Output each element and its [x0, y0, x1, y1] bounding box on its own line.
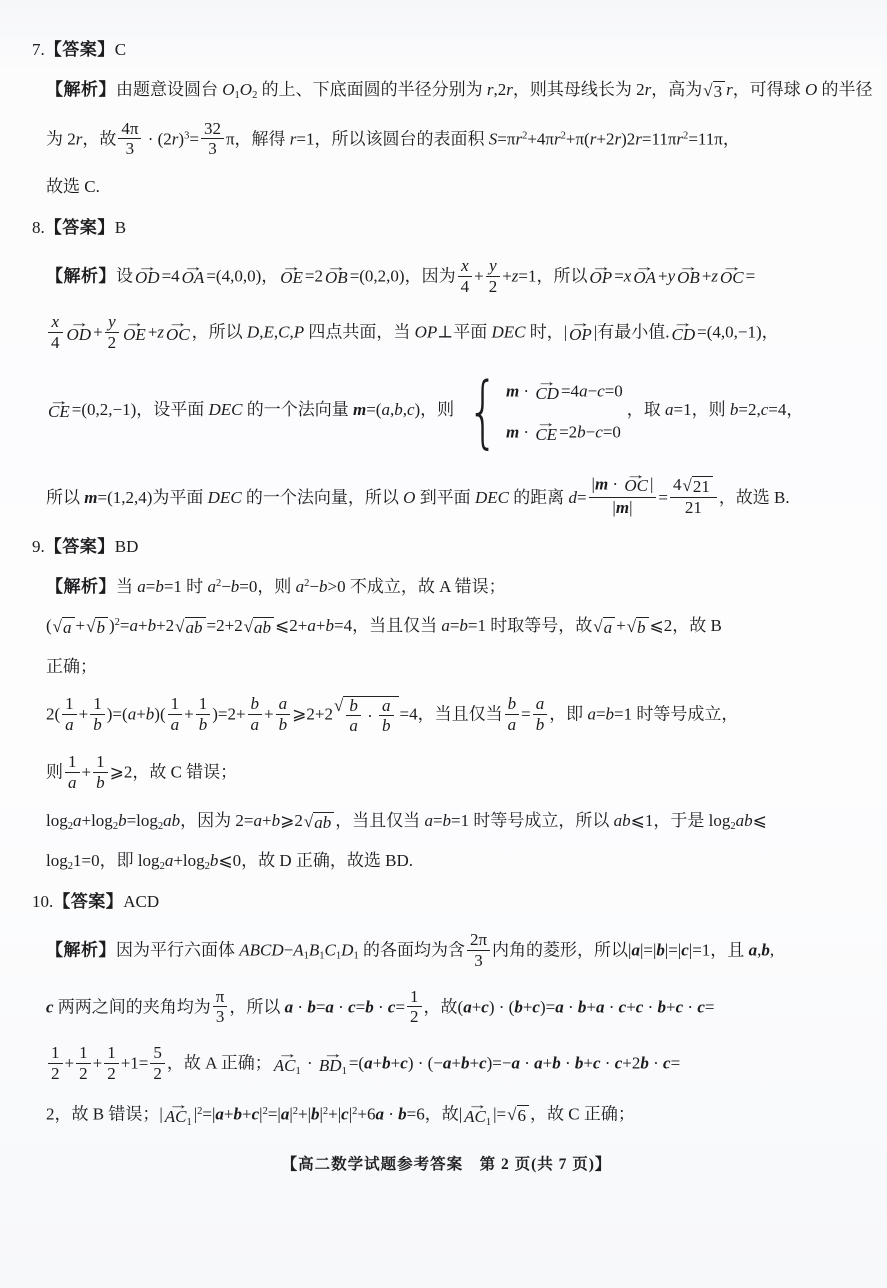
- math-var: P: [294, 323, 304, 342]
- solution-line: 2，故 B 错误；|→AC1|2=|a+b+c|2=|a|2+|b|2+|c|2…: [32, 1101, 861, 1126]
- math-bold-var: m: [616, 498, 629, 517]
- math-bold-var: b: [656, 940, 665, 959]
- fraction-numerator: 4π: [118, 120, 141, 139]
- fraction-numerator: 1: [48, 1044, 63, 1063]
- math-var: b: [443, 811, 452, 830]
- math-var: b: [536, 715, 545, 734]
- math-bold-var: b: [461, 1054, 470, 1073]
- radicand: b: [95, 617, 108, 638]
- solution-line: c 两两之间的夹角均为π3，所以 a · b=a · c=b · c=12，故(…: [32, 988, 861, 1027]
- vector-arrow: →AC1: [165, 1101, 192, 1126]
- fraction-numerator: 4√21: [670, 476, 717, 498]
- math-var: a: [296, 577, 305, 596]
- sqrt-radical: √ab: [244, 617, 274, 638]
- math-var: E: [263, 323, 273, 342]
- math-var: r: [635, 129, 642, 148]
- radical-sign: √: [507, 1105, 516, 1125]
- math-bold-var: c: [593, 1054, 601, 1073]
- math-var: a: [171, 715, 180, 734]
- math-var: ab: [186, 618, 203, 637]
- math-bold-var: b: [578, 997, 587, 1016]
- radicand: ab: [185, 617, 206, 638]
- math-var: x: [51, 312, 59, 331]
- math-var: b: [199, 715, 208, 734]
- radical-sign: √: [175, 617, 184, 637]
- vector-arrow: →OC: [166, 319, 190, 344]
- sqrt-radical: √a: [53, 617, 75, 638]
- math-var: a: [536, 694, 545, 713]
- math-bold-var: c: [532, 997, 540, 1016]
- math-var: a: [137, 577, 146, 596]
- math-var: b: [210, 851, 219, 870]
- vector-arrow-glyph: →: [627, 263, 662, 270]
- fraction-numerator: x: [458, 257, 473, 276]
- fraction-numerator: 1: [407, 988, 422, 1007]
- fraction-denominator: 2: [407, 1006, 422, 1026]
- math-bold-var: a: [631, 940, 640, 959]
- radical-sign: √: [593, 617, 602, 637]
- fraction: ba: [248, 695, 263, 734]
- math-var: a: [381, 400, 390, 419]
- math-var: d: [568, 488, 577, 507]
- math-var: y: [489, 256, 497, 275]
- section-label: 【解析】: [46, 577, 116, 596]
- math-var: DEC: [208, 400, 242, 419]
- left-brace: {: [468, 381, 499, 442]
- fraction: 323: [201, 120, 224, 159]
- document-page: 7.【答案】C【解析】由题意设圆台 O1O2 的上、下底面圆的半径分别为 r,2…: [0, 0, 887, 1288]
- fraction: 1a: [65, 753, 80, 792]
- math-bold-var: a: [215, 1105, 224, 1124]
- math-bold-var: c: [252, 1105, 260, 1124]
- vector-arrow: →OC: [624, 471, 648, 496]
- fraction: ab: [533, 695, 548, 734]
- fraction-numerator: |m · →OC|: [589, 471, 657, 497]
- math-var: A: [293, 940, 303, 959]
- math-var: a: [441, 616, 450, 635]
- fraction-numerator: 1: [93, 753, 108, 772]
- fraction-denominator: b: [196, 714, 211, 734]
- fraction: 1a: [168, 695, 183, 734]
- fraction-denominator: b: [90, 714, 105, 734]
- math-var: S: [489, 129, 498, 148]
- fraction-numerator: y: [486, 257, 501, 276]
- vector-arrow: →OP: [590, 263, 613, 288]
- fraction-numerator: b: [248, 695, 263, 714]
- superscript: 2: [263, 1106, 268, 1117]
- superscript: 3: [184, 130, 189, 141]
- math-var: ab: [614, 811, 631, 830]
- vector-arrow: →CD: [535, 378, 559, 403]
- fraction-numerator: 5: [150, 1044, 165, 1063]
- math-bold-var: a: [443, 1054, 452, 1073]
- math-bold-var: b: [658, 997, 667, 1016]
- answer-value: BD: [115, 537, 139, 556]
- math-var: a: [307, 616, 316, 635]
- math-var: OP: [415, 323, 438, 342]
- answer-label: 【答案】: [45, 40, 115, 59]
- problem-7: 7.【答案】C【解析】由题意设圆台 O1O2 的上、下底面圆的半径分别为 r,2…: [32, 39, 861, 198]
- fraction-denominator: b: [379, 715, 394, 735]
- math-var: r: [614, 129, 621, 148]
- answer-solutions: 7.【答案】C【解析】由题意设圆台 O1O2 的上、下底面圆的半径分别为 r,2…: [32, 39, 861, 1126]
- math-var: z: [512, 266, 519, 285]
- math-bold-var: a: [511, 1054, 520, 1073]
- fraction-denominator: 2: [48, 1063, 63, 1083]
- solution-line: x4→OD+y2→OE+z→OC，所以 D,E,C,P 四点共面，当 OP⊥平面…: [32, 313, 861, 352]
- math-bold-var: c: [663, 1054, 671, 1073]
- solution-line: 为 2r，故4π3 · (2r)3=323π，解得 r=1，所以该圆台的表面积 …: [32, 120, 861, 159]
- vector-arrow: →AC1: [274, 1050, 301, 1075]
- vector-arrow-glyph: →: [563, 319, 598, 326]
- superscript: 2: [561, 130, 566, 141]
- math-var: b: [148, 616, 157, 635]
- math-bold-var: a: [375, 1105, 384, 1124]
- superscript: 2: [304, 578, 309, 589]
- superscript: 2: [323, 1106, 328, 1117]
- problem-8: 8.【答案】B【解析】设→OD=4→OA=(4,0,0)，→OE=2→OB=(0…: [32, 217, 861, 517]
- vector-arrow: →BD1: [319, 1050, 347, 1075]
- solution-line: 故选 C.: [32, 176, 861, 197]
- math-var: O: [222, 80, 234, 99]
- vector-arrow: →CE: [48, 397, 70, 422]
- math-var: C: [278, 323, 289, 342]
- math-var: r: [645, 80, 652, 99]
- math-bold-var: c: [681, 940, 689, 959]
- superscript: 2: [216, 578, 221, 589]
- fraction: ab: [379, 697, 394, 736]
- math-var: x: [461, 256, 469, 275]
- math-var: ABCD: [239, 940, 283, 959]
- fraction: |m · →OC||m|: [589, 471, 657, 517]
- fraction-numerator: a: [276, 695, 291, 714]
- vector-arrow: →OD: [67, 319, 92, 344]
- section-label: 【解析】: [46, 940, 116, 959]
- math-bold-var: a: [325, 997, 334, 1016]
- fraction-denominator: 2: [105, 332, 120, 352]
- math-bold-var: b: [311, 1105, 320, 1124]
- fraction: 12: [407, 988, 422, 1027]
- radicand: 6: [517, 1105, 530, 1126]
- math-var: b: [577, 423, 586, 442]
- math-bold-var: m: [353, 400, 366, 419]
- answer-label: 【答案】: [45, 218, 115, 237]
- answer-value: ACD: [123, 892, 159, 911]
- problem-number: 9.: [32, 537, 45, 556]
- vector-arrow-glyph: →: [160, 319, 197, 326]
- math-var: c: [597, 382, 605, 401]
- subscript: 1: [186, 1117, 191, 1128]
- math-var: ab: [314, 813, 331, 832]
- fraction-denominator: 3: [467, 950, 490, 970]
- vector-arrow-glyph: →: [117, 319, 152, 326]
- math-bold-var: b: [398, 1105, 407, 1124]
- superscript: 2: [115, 618, 120, 629]
- fraction-denominator: a: [248, 714, 263, 734]
- fraction: 12: [104, 1044, 119, 1083]
- fraction: 1b: [196, 695, 211, 734]
- fraction-numerator: a: [379, 697, 394, 716]
- problem-9: 9.【答案】BD【解析】当 a=b=1 时 a2−b=0，则 a2−b>0 不成…: [32, 536, 861, 872]
- math-bold-var: a: [534, 1054, 543, 1073]
- math-var: a: [65, 715, 74, 734]
- fraction-numerator: 1: [104, 1044, 119, 1063]
- solution-line: 正确；: [32, 656, 861, 677]
- math-bold-var: b: [514, 997, 523, 1016]
- math-var: b: [272, 811, 281, 830]
- sqrt-radical: √21: [682, 476, 712, 497]
- radical-sign: √: [86, 617, 95, 637]
- section-label: 【解析】: [46, 80, 116, 99]
- fraction-denominator: |m|: [589, 497, 657, 517]
- math-var: r: [487, 80, 494, 99]
- fraction-denominator: 4: [48, 332, 63, 352]
- fraction-denominator: a: [505, 714, 520, 734]
- math-var: r: [554, 129, 561, 148]
- fraction: 1a: [62, 695, 77, 734]
- answer-heading: 8.【答案】B: [32, 217, 861, 238]
- fraction-denominator: 21: [670, 497, 717, 517]
- vector-arrow-glyph: →: [529, 378, 566, 385]
- fraction-numerator: π: [213, 988, 228, 1007]
- solution-line: (√a+√b)2=a+b+2√ab=2+2√ab⩽2+a+b=4，当且仅当 a=…: [32, 615, 861, 637]
- vector-arrow: →OE: [280, 263, 303, 288]
- subscript: 1: [342, 1066, 347, 1077]
- math-var: c: [407, 400, 415, 419]
- math-var: a: [68, 773, 77, 792]
- equation-system: {m · →CD=4a−c=0m · →CE=2b−c=0: [458, 370, 623, 453]
- solution-line: 12+12+12+1=52，故 A 正确；→AC1 · →BD1=(a+b+c)…: [32, 1044, 861, 1083]
- radicand: b: [636, 617, 649, 638]
- math-var: r: [76, 129, 83, 148]
- math-var: D: [247, 323, 259, 342]
- radicand: 3: [713, 81, 726, 102]
- solution-line: 所以 m=(1,2,4)为平面 DEC 的一个法向量，所以 O 到平面 DEC …: [32, 471, 861, 517]
- fraction: ba: [346, 697, 361, 736]
- fraction-denominator: a: [168, 714, 183, 734]
- vector-arrow-glyph: →: [311, 1050, 354, 1057]
- fraction: π3: [213, 988, 228, 1027]
- vector-arrow-glyph: →: [266, 1050, 308, 1057]
- math-var: D: [341, 940, 353, 959]
- math-var: b: [349, 696, 358, 715]
- math-bold-var: c: [481, 997, 489, 1016]
- radical-sign: √: [304, 812, 313, 832]
- radicand: a: [62, 617, 75, 638]
- vector-arrow-glyph: →: [274, 263, 309, 270]
- math-bold-var: c: [341, 1105, 349, 1124]
- vector-arrow-glyph: →: [157, 1101, 199, 1108]
- fraction: y2: [486, 257, 501, 296]
- math-var: O: [403, 488, 415, 507]
- math-bold-var: a: [285, 997, 294, 1016]
- math-var: a: [73, 811, 82, 830]
- superscript: 2: [683, 130, 688, 141]
- math-var: DEC: [475, 488, 509, 507]
- math-var: O: [805, 80, 817, 99]
- fraction-denominator: 3: [213, 1006, 228, 1026]
- math-var: a: [604, 618, 613, 637]
- fraction: ba: [505, 695, 520, 734]
- radical-sign: √: [244, 617, 253, 637]
- math-var: y: [108, 312, 116, 331]
- math-bold-var: b: [234, 1105, 243, 1124]
- solution-line: log21=0，即 log2a+log2b⩽0，故 D 正确，故选 BD.: [32, 850, 861, 871]
- math-var: ab: [736, 811, 753, 830]
- section-label: 【解析】: [46, 266, 116, 285]
- answer-heading: 9.【答案】BD: [32, 536, 861, 557]
- fraction-denominator: b: [533, 714, 548, 734]
- math-bold-var: c: [348, 997, 356, 1016]
- math-bold-var: m: [506, 423, 519, 442]
- math-bold-var: b: [640, 1054, 649, 1073]
- math-var: b: [319, 577, 328, 596]
- math-var: b: [637, 618, 646, 637]
- math-var: a: [251, 715, 260, 734]
- vector-arrow-glyph: →: [175, 263, 210, 270]
- math-bold-var: b: [307, 997, 316, 1016]
- math-var: b: [730, 400, 739, 419]
- page-footer: 【高二数学试题参考答案 第 2 页(共 7 页)】: [32, 1152, 861, 1174]
- math-var: b: [325, 616, 334, 635]
- math-var: b: [93, 715, 102, 734]
- fraction: 1b: [93, 753, 108, 792]
- math-bold-var: b: [575, 1054, 584, 1073]
- vector-arrow: →OA: [633, 263, 656, 288]
- subscript: 1: [353, 950, 358, 961]
- math-var: a: [279, 694, 288, 713]
- math-var: b: [251, 694, 260, 713]
- superscript: 2: [352, 1106, 357, 1117]
- fraction: ab: [276, 695, 291, 734]
- math-var: a: [349, 716, 358, 735]
- fraction-denominator: 2: [104, 1063, 119, 1083]
- radicand: 21: [692, 476, 713, 497]
- vector-arrow: →CE: [535, 419, 557, 444]
- fraction-denominator: 2: [486, 276, 501, 296]
- fraction: 4√2121: [670, 476, 717, 517]
- fraction-denominator: 3: [201, 138, 224, 158]
- fraction-denominator: a: [346, 715, 361, 735]
- sqrt-radical: √ab: [175, 617, 205, 638]
- math-var: b: [382, 716, 391, 735]
- radical-sign: √: [334, 696, 343, 716]
- answer-label: 【答案】: [45, 537, 115, 556]
- math-var: a: [382, 696, 391, 715]
- fraction-denominator: b: [93, 772, 108, 792]
- sqrt-radical: √6: [507, 1105, 529, 1126]
- vector-arrow: →CD: [671, 319, 695, 344]
- radicand: ba · ab: [343, 696, 398, 736]
- fraction-numerator: 32: [201, 120, 224, 139]
- solution-line: log2a+log2b=log2ab，因为 2=a+b⩾2√ab，当且仅当 a=…: [32, 810, 861, 832]
- vector-arrow-glyph: →: [319, 263, 354, 270]
- sqrt-radical: √ba · ab: [334, 696, 399, 736]
- sqrt-radical: √3: [703, 81, 725, 102]
- math-var: r: [726, 80, 733, 99]
- solution-line: 【解析】设→OD=4→OA=(4,0,0)，→OE=2→OB=(0,2,0)，因…: [32, 257, 861, 296]
- fraction-denominator: a: [65, 772, 80, 792]
- math-var: B: [309, 940, 319, 959]
- vector-arrow: →OB: [677, 263, 700, 288]
- fraction: 2π3: [467, 931, 490, 970]
- solution-line: 2(1a+1b)=(a+b)(1a+1b)=2+ba+ab⩾2+2√ba · a…: [32, 695, 861, 735]
- math-var: b: [118, 811, 127, 830]
- math-var: a: [63, 618, 72, 637]
- fraction: 52: [150, 1044, 165, 1083]
- math-bold-var: c: [388, 997, 396, 1016]
- sqrt-radical: √a: [593, 617, 615, 638]
- radicand: a: [603, 617, 616, 638]
- solution-line: →CE=(0,2,−1)，设平面 DEC 的一个法向量 m=(a,b,c)，则{…: [32, 370, 861, 453]
- sqrt-radical: √b: [627, 617, 649, 638]
- math-var: r: [506, 80, 513, 99]
- fraction: 1b: [90, 695, 105, 734]
- fraction-numerator: 1: [90, 695, 105, 714]
- fraction-numerator: 1: [168, 695, 183, 714]
- radical-sign: √: [627, 617, 636, 637]
- math-var: b: [279, 715, 288, 734]
- subscript: 1: [486, 1117, 491, 1128]
- answer-value: B: [115, 218, 126, 237]
- fraction-numerator: b: [346, 697, 361, 716]
- fraction: 12: [76, 1044, 91, 1083]
- math-var: a: [579, 382, 588, 401]
- math-bold-var: c: [676, 997, 684, 1016]
- math-var: a: [128, 704, 137, 723]
- radicand: ab: [313, 812, 334, 833]
- vector-arrow-glyph: →: [618, 471, 655, 478]
- vector-arrow-glyph: →: [457, 1101, 499, 1108]
- math-bold-var: c: [46, 997, 54, 1016]
- math-var: a: [254, 811, 263, 830]
- vector-arrow: →OE: [123, 319, 146, 344]
- problem-number: 8.: [32, 218, 45, 237]
- math-bold-var: c: [697, 997, 705, 1016]
- math-var: b: [394, 400, 403, 419]
- math-bold-var: c: [400, 1054, 408, 1073]
- math-var: c: [761, 400, 769, 419]
- vector-arrow-glyph: →: [671, 263, 706, 270]
- math-var: a: [165, 851, 174, 870]
- vector-arrow-glyph: →: [665, 319, 702, 326]
- math-var: a: [207, 577, 216, 596]
- math-bold-var: b: [365, 997, 374, 1016]
- answer-value: C: [115, 40, 126, 59]
- math-bold-var: m: [595, 474, 608, 493]
- fraction-denominator: 2: [150, 1063, 165, 1083]
- math-var: r: [590, 129, 597, 148]
- radical-sign: √: [53, 617, 62, 637]
- fraction-numerator: 1: [62, 695, 77, 714]
- math-var: b: [96, 773, 105, 792]
- vector-arrow: →OC: [720, 263, 744, 288]
- math-bold-var: c: [479, 1054, 487, 1073]
- sqrt-radical: √ab: [304, 812, 334, 833]
- math-var: a: [665, 400, 674, 419]
- fraction: x4: [458, 257, 473, 296]
- fraction-numerator: 2π: [467, 931, 490, 950]
- solution-line: 【解析】由题意设圆台 O1O2 的上、下底面圆的半径分别为 r,2r，则其母线长…: [32, 79, 861, 101]
- vector-arrow: →OB: [325, 263, 348, 288]
- fraction: 4π3: [118, 120, 141, 159]
- math-bold-var: b: [382, 1054, 391, 1073]
- math-var: b: [96, 618, 105, 637]
- math-var: a: [508, 715, 517, 734]
- math-bold-var: a: [463, 997, 472, 1016]
- fraction-numerator: 1: [196, 695, 211, 714]
- problem-number: 7.: [32, 40, 45, 59]
